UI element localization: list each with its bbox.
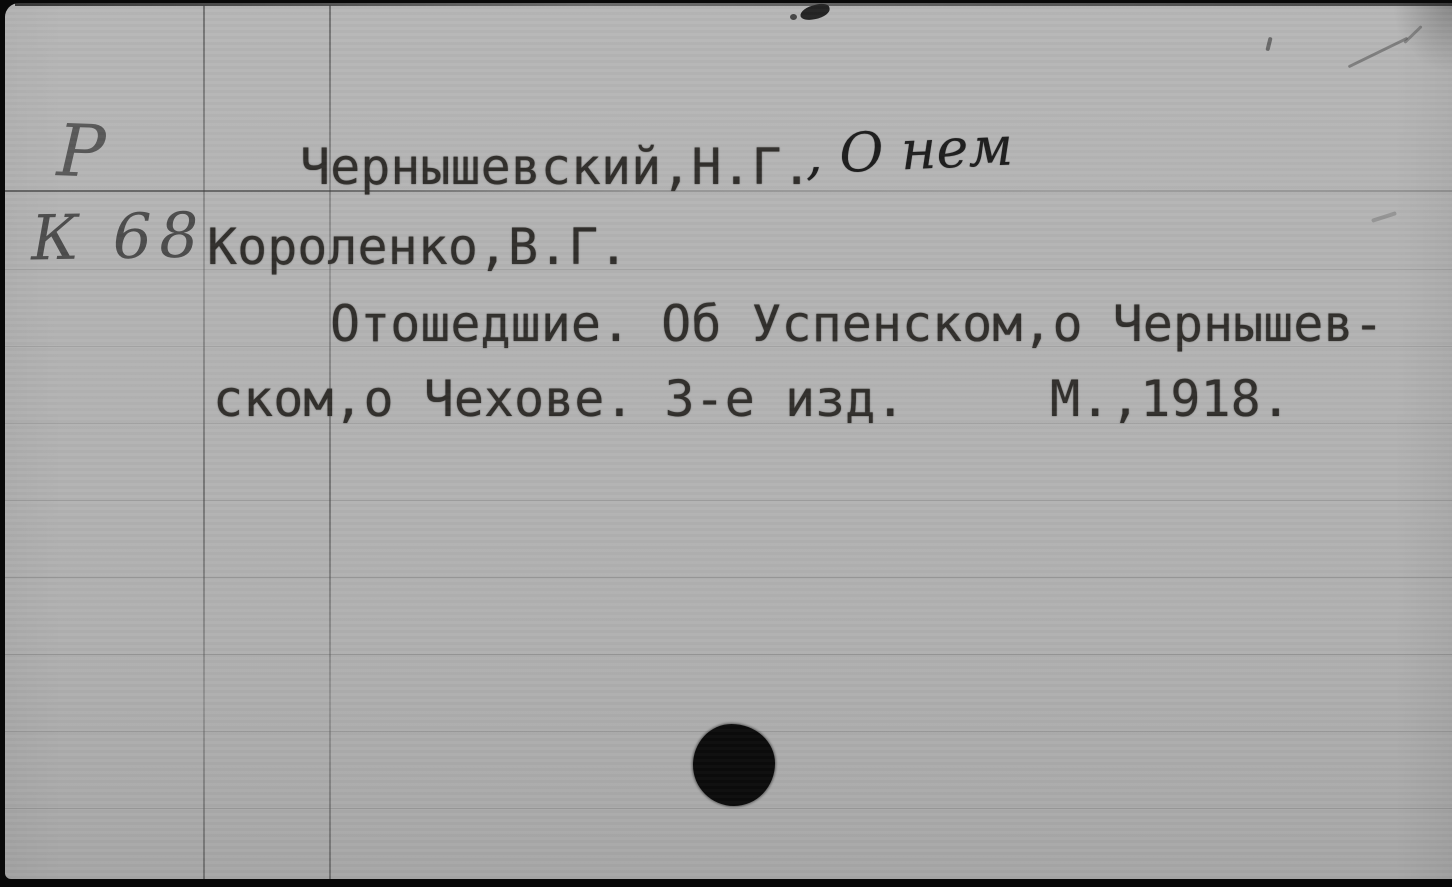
title-line-1: Отошедшие. Об Успенском,о Чернышев- — [330, 299, 1384, 349]
class-letter: Р — [56, 114, 107, 188]
catalog-card: Р К 68 Чернышевский,Н.Г. , О нем Королен… — [5, 3, 1452, 879]
smudge-mark — [1371, 211, 1397, 223]
vertical-rule-left — [203, 5, 205, 879]
ruled-line — [5, 500, 1452, 501]
ruled-line — [5, 654, 1452, 655]
scanned-catalog-card-page: { "scan": { "background_hex": "#b4b4b4",… — [0, 0, 1452, 887]
ruled-line — [5, 808, 1452, 809]
imprint: М.,1918. — [1050, 374, 1291, 424]
ruled-line — [5, 577, 1452, 578]
vertical-rule-inner — [329, 5, 331, 879]
title-line-2: ском,о Чехове. 3-е изд. — [213, 374, 905, 424]
ink-dot — [790, 14, 797, 20]
call-number: К 68 — [30, 204, 206, 269]
heading-handwritten-note: , О нем — [804, 119, 1014, 182]
tick-mark — [1265, 37, 1272, 52]
heading-typed: Чернышевский,Н.Г. — [300, 142, 812, 192]
corner-shading — [1392, 3, 1452, 73]
author-line: Короленко,В.Г. — [207, 222, 628, 272]
scan-top-edge — [15, 3, 1452, 6]
punch-hole — [693, 724, 775, 806]
